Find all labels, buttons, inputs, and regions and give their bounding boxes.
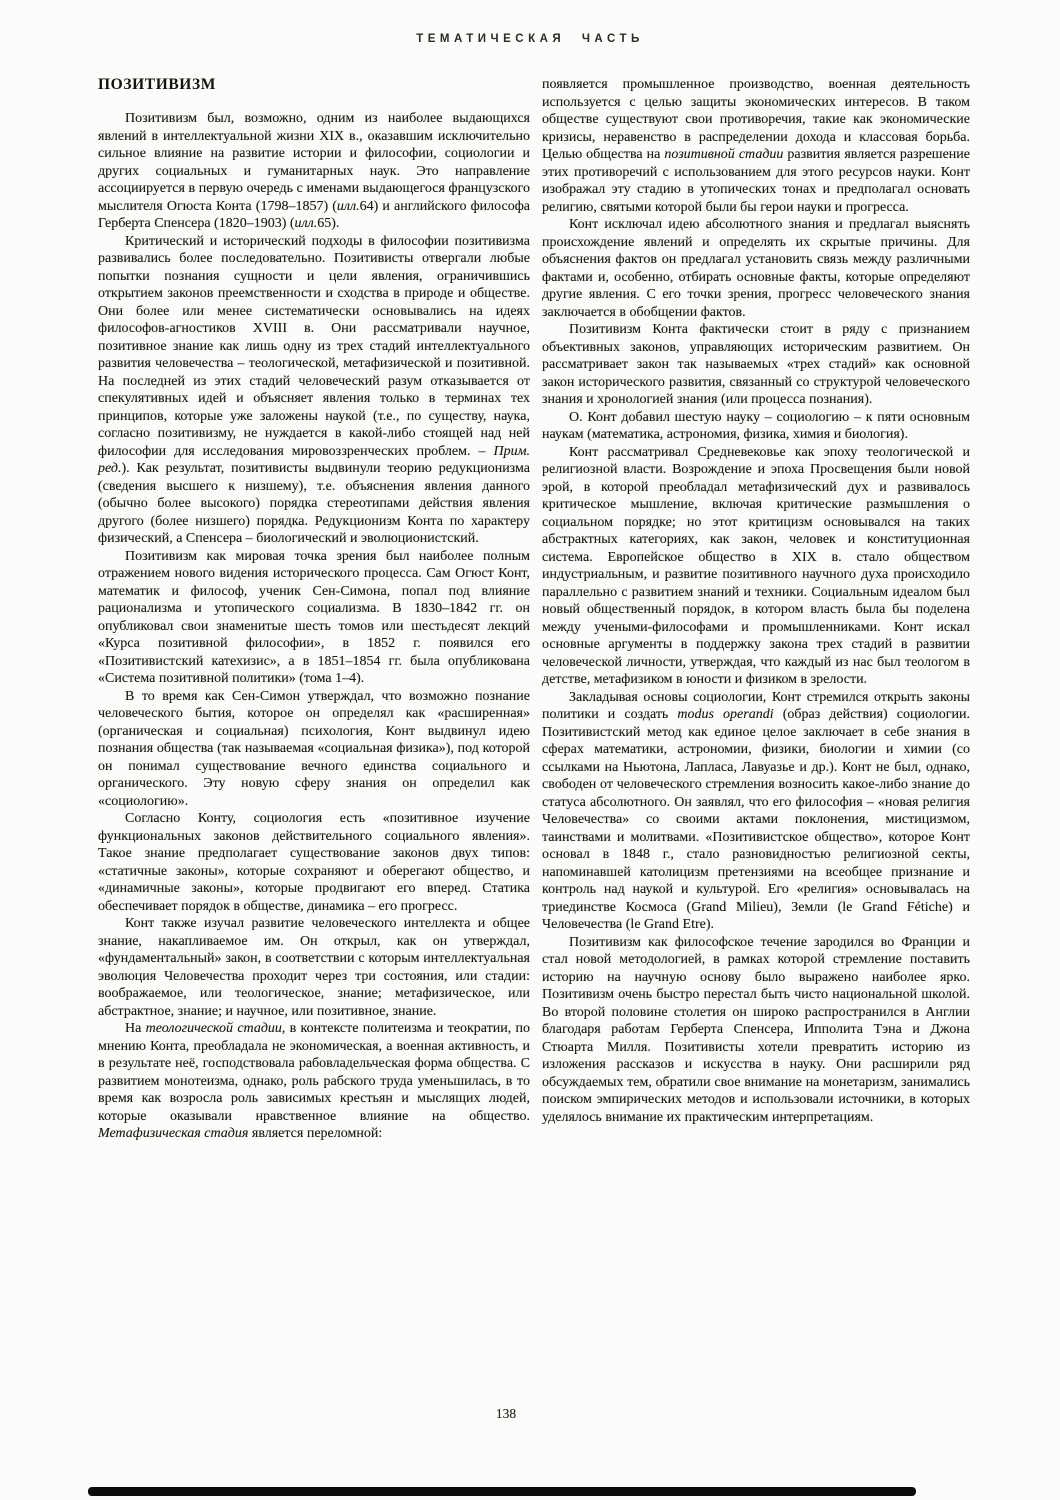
paragraph: Критический и исторический подходы в фил… (98, 233, 530, 548)
italic-text-run: илл. (337, 199, 360, 214)
paragraph: Позитивизм как философское течение зарод… (542, 934, 970, 1127)
paragraph: В то время как Сен-Симон утверждал, что … (98, 688, 530, 811)
paragraph: Конт также изучал развитие человеческого… (98, 915, 530, 1020)
text-run: Согласно Конту, социология есть «позитив… (98, 811, 530, 914)
italic-text-run: илл. (295, 216, 318, 231)
paragraph: Конт рассматривал Средневековье как эпох… (542, 444, 970, 689)
italic-text-run: теологической стадии (146, 1021, 282, 1036)
text-run: является переломной: (248, 1126, 382, 1141)
paragraph: Конт исключал идею абсолютного знания и … (542, 216, 970, 321)
text-run: Конт исключал идею абсолютного знания и … (542, 217, 970, 320)
italic-text-run: Метафизическая стадия (98, 1126, 248, 1141)
paragraph: Позитивизм как мировая точка зрения был … (98, 548, 530, 688)
italic-text-run: позитивной стадии (664, 147, 783, 162)
text-run: Критический и исторический подходы в фил… (98, 234, 530, 459)
text-run: ). Как результат, позитивисты выдвинули … (98, 461, 530, 546)
text-run: , в контексте политеизма и теократии, по… (98, 1021, 530, 1124)
article-title: ПОЗИТИВИЗМ (98, 76, 530, 94)
text-run: 65). (317, 216, 339, 231)
paragraph: Позитивизм Конта фактически стоит в ряду… (542, 321, 970, 409)
text-run: О. Конт добавил шестую науку – социологи… (542, 410, 970, 443)
italic-text-run: modus operandi (677, 707, 773, 722)
text-run: Позитивизм как философское течение зарод… (542, 935, 970, 1125)
text-run: Позитивизм Конта фактически стоит в ряду… (542, 322, 970, 407)
paragraph: Согласно Конту, социология есть «позитив… (98, 810, 530, 915)
paragraph: О. Конт добавил шестую науку – социологи… (542, 409, 970, 444)
text-run: На (125, 1021, 146, 1036)
running-header: ТЕМАТИЧЕСКАЯ ЧАСТЬ (0, 33, 1060, 45)
book-page: { "page": { "header": "ТЕМАТИЧЕСКАЯ ЧАСТ… (0, 0, 1060, 1500)
text-run: Позитивизм как мировая точка зрения был … (98, 549, 530, 687)
page-number: 138 (0, 1406, 1012, 1422)
paragraph: Закладывая основы социологии, Конт стрем… (542, 689, 970, 934)
text-run: Конт рассматривал Средневековье как эпох… (542, 445, 970, 688)
paragraph: появляется промышленное производство, во… (542, 76, 970, 216)
scan-edge-artifact-bar (88, 1487, 916, 1496)
paragraph: На теологической стадии, в контексте пол… (98, 1020, 530, 1143)
paragraph: Позитивизм был, возможно, одним из наибо… (98, 110, 530, 233)
left-column: ПОЗИТИВИЗМ Позитивизм был, возможно, одн… (98, 76, 530, 1143)
text-run: В то время как Сен-Симон утверждал, что … (98, 689, 530, 809)
text-run: (образ действия) социологии. Позитивистс… (542, 707, 970, 932)
text-run: Конт также изучал развитие человеческого… (98, 916, 530, 1019)
right-column: появляется промышленное производство, во… (542, 76, 970, 1126)
